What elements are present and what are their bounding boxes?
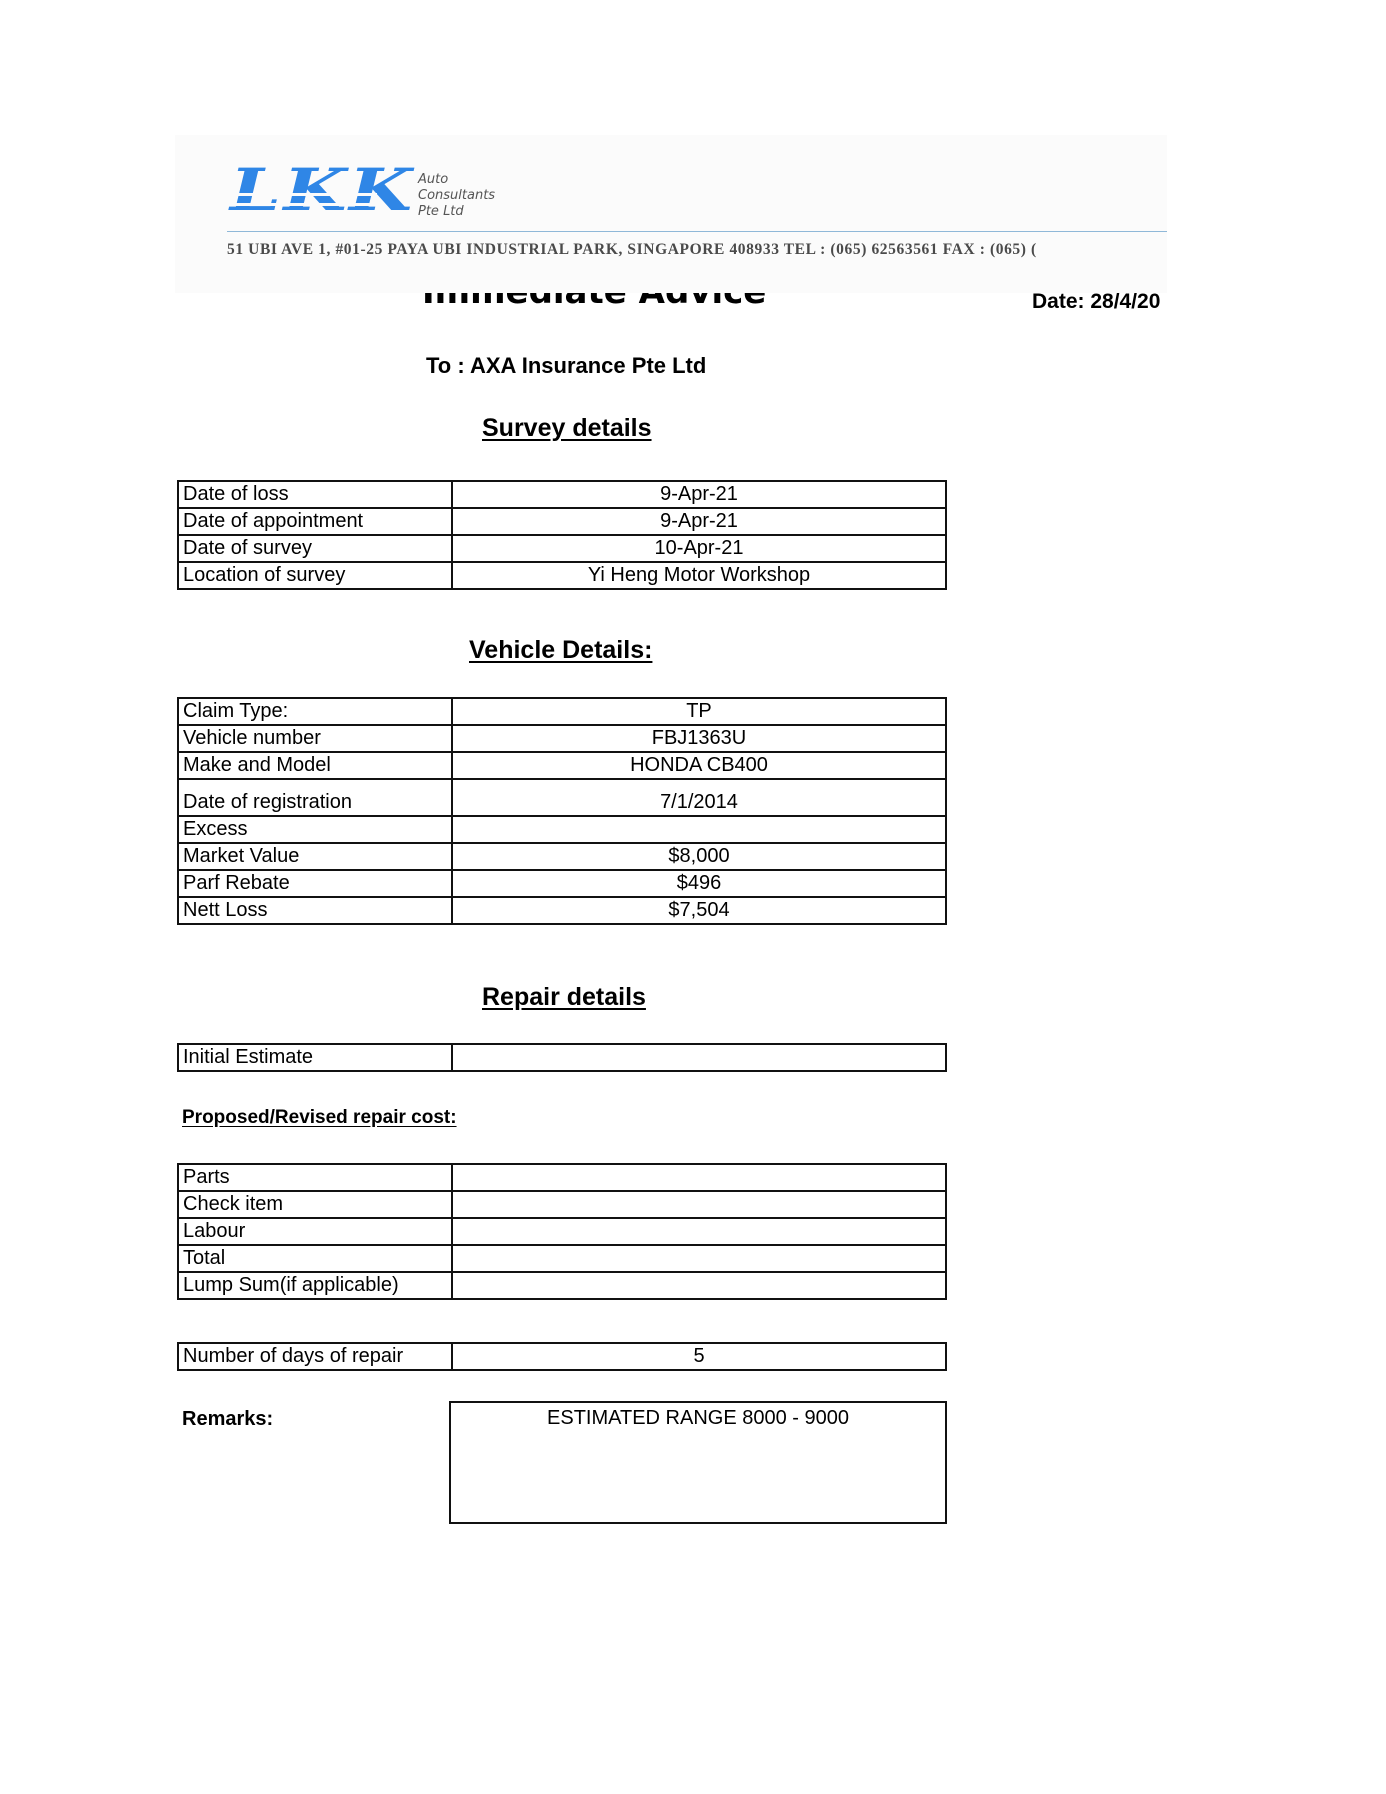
row-value (452, 1044, 946, 1071)
row-value: 10-Apr-21 (452, 535, 946, 562)
row-value (452, 1191, 946, 1218)
table-row: Parts (178, 1164, 946, 1191)
repair-days-table: Number of days of repair 5 (177, 1342, 947, 1371)
survey-details-heading: Survey details (482, 413, 652, 443)
table-row: Date of appointment9-Apr-21 (178, 508, 946, 535)
company-address: 51 UBI AVE 1, #01-25 PAYA UBI INDUSTRIAL… (227, 241, 1037, 259)
row-value: FBJ1363U (452, 725, 946, 752)
row-label: Date of registration (178, 779, 452, 816)
row-label: Date of loss (178, 481, 452, 508)
table-row: Vehicle numberFBJ1363U (178, 725, 946, 752)
row-label: Date of appointment (178, 508, 452, 535)
row-value: $7,504 (452, 897, 946, 924)
remarks-box: ESTIMATED RANGE 8000 - 9000 (449, 1401, 947, 1524)
row-label: Date of survey (178, 535, 452, 562)
vehicle-details-heading: Vehicle Details: (469, 635, 652, 665)
row-value (452, 1218, 946, 1245)
row-value: $496 (452, 870, 946, 897)
row-value: $8,000 (452, 843, 946, 870)
row-value (452, 1245, 946, 1272)
row-label: Labour (178, 1218, 452, 1245)
row-value: TP (452, 698, 946, 725)
table-row: Date of registration7/1/2014 (178, 779, 946, 816)
table-row: Initial Estimate (178, 1044, 946, 1071)
initial-estimate-table: Initial Estimate (177, 1043, 947, 1072)
row-label: Number of days of repair (178, 1343, 452, 1370)
row-value (452, 1272, 946, 1299)
company-name: Auto Consultants Pte Ltd (418, 172, 495, 220)
table-row: Excess (178, 816, 946, 843)
table-row: Make and ModelHONDA CB400 (178, 752, 946, 779)
row-label: Claim Type: (178, 698, 452, 725)
survey-details-table: Date of loss9-Apr-21Date of appointment9… (177, 480, 947, 590)
row-label: Parts (178, 1164, 452, 1191)
row-label: Parf Rebate (178, 870, 452, 897)
company-line: Pte Ltd (418, 204, 495, 220)
company-line: Consultants (418, 188, 495, 204)
recipient-line: To : AXA Insurance Pte Ltd (426, 352, 706, 380)
table-row: Date of survey10-Apr-21 (178, 535, 946, 562)
row-label: Make and Model (178, 752, 452, 779)
table-row: Parf Rebate$496 (178, 870, 946, 897)
table-row: Check item (178, 1191, 946, 1218)
row-label: Location of survey (178, 562, 452, 589)
row-label: Vehicle number (178, 725, 452, 752)
row-value (452, 816, 946, 843)
row-value: 9-Apr-21 (452, 508, 946, 535)
table-row: Number of days of repair 5 (178, 1343, 946, 1370)
row-label: Excess (178, 816, 452, 843)
row-label: Total (178, 1245, 452, 1272)
row-label: Market Value (178, 843, 452, 870)
table-row: Date of loss9-Apr-21 (178, 481, 946, 508)
row-label: Nett Loss (178, 897, 452, 924)
row-label: Lump Sum(if applicable) (178, 1272, 452, 1299)
row-value: Yi Heng Motor Workshop (452, 562, 946, 589)
proposed-cost-heading: Proposed/Revised repair cost: (182, 1106, 457, 1130)
row-label: Initial Estimate (178, 1044, 452, 1071)
logo-stripes-decoration (227, 193, 377, 207)
row-value: HONDA CB400 (452, 752, 946, 779)
letterhead-divider (227, 231, 1167, 232)
table-row: Location of surveyYi Heng Motor Workshop (178, 562, 946, 589)
vehicle-details-table: Claim Type:TPVehicle numberFBJ1363UMake … (177, 697, 947, 925)
row-value (452, 1164, 946, 1191)
table-row: Market Value$8,000 (178, 843, 946, 870)
table-row: Claim Type:TP (178, 698, 946, 725)
table-row: Lump Sum(if applicable) (178, 1272, 946, 1299)
table-row: Labour (178, 1218, 946, 1245)
row-value: 5 (452, 1343, 946, 1370)
row-value: 7/1/2014 (452, 779, 946, 816)
row-label: Check item (178, 1191, 452, 1218)
row-value: 9-Apr-21 (452, 481, 946, 508)
letterhead: LKK Auto Consultants Pte Ltd 51 UBI AVE … (175, 135, 1167, 293)
remarks-label: Remarks: (182, 1407, 273, 1431)
repair-details-heading: Repair details (482, 982, 646, 1012)
company-line: Auto (418, 172, 495, 188)
company-logo: LKK (230, 165, 415, 215)
table-row: Total (178, 1245, 946, 1272)
table-row: Nett Loss$7,504 (178, 897, 946, 924)
repair-cost-table: PartsCheck itemLabourTotalLump Sum(if ap… (177, 1163, 947, 1300)
